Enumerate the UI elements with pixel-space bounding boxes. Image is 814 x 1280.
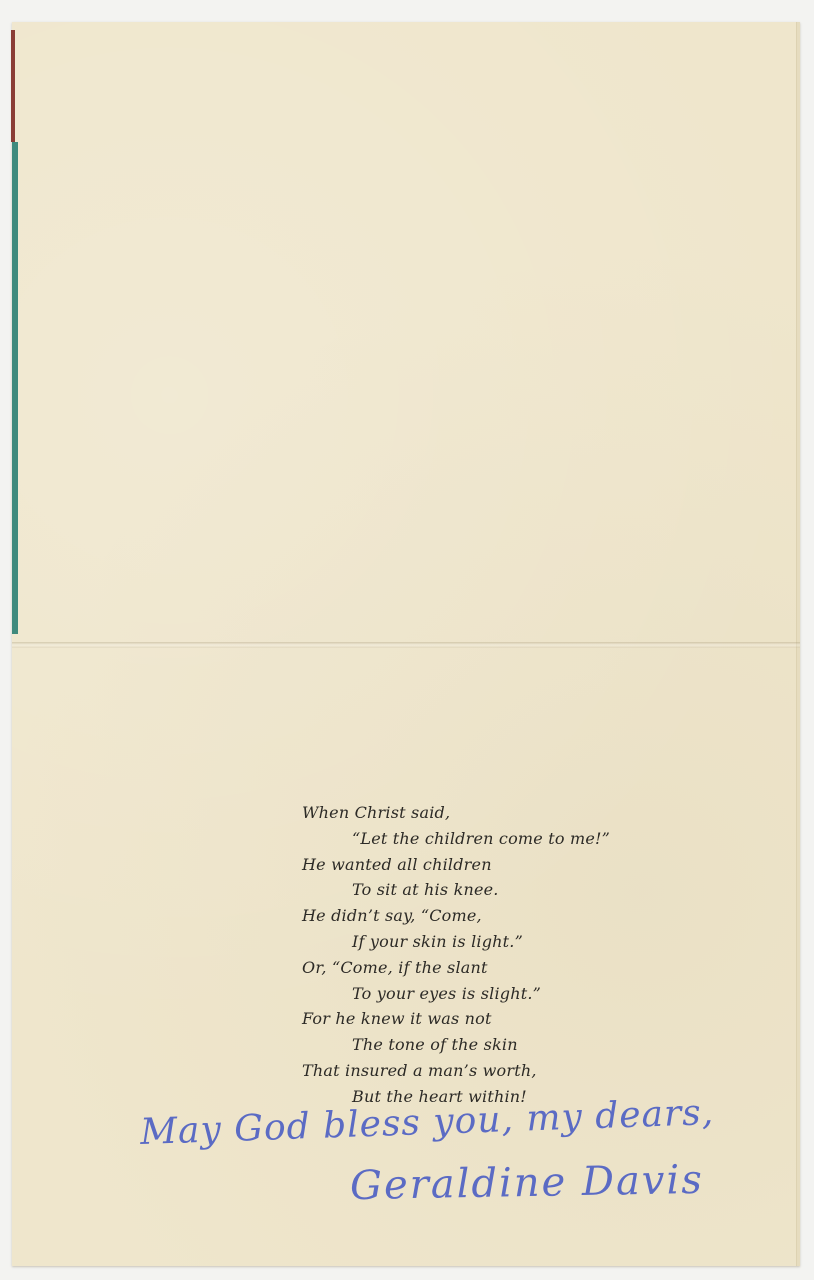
poem-line: Or, “Come, if the slant bbox=[302, 955, 610, 981]
poem: When Christ said, “Let the children come… bbox=[302, 800, 610, 1110]
greeting-card: When Christ said, “Let the children come… bbox=[12, 22, 800, 1266]
poem-line: “Let the children come to me!” bbox=[302, 826, 610, 852]
poem-line: To sit at his knee. bbox=[302, 877, 610, 903]
cover-edge-red-strip bbox=[11, 30, 15, 142]
poem-line: For he knew it was not bbox=[302, 1006, 610, 1032]
poem-line: He didn’t say, “Come, bbox=[302, 903, 610, 929]
poem-line: The tone of the skin bbox=[302, 1032, 610, 1058]
poem-line: That insured a man’s worth, bbox=[302, 1058, 610, 1084]
handwritten-signature: Geraldine Davis bbox=[350, 1157, 705, 1209]
poem-line: If your skin is light.” bbox=[302, 929, 610, 955]
card-fold-line bbox=[12, 642, 800, 648]
poem-line: He wanted all children bbox=[302, 852, 610, 878]
poem-line: To your eyes is slight.” bbox=[302, 981, 610, 1007]
scanned-page: When Christ said, “Let the children come… bbox=[0, 0, 814, 1280]
poem-line: When Christ said, bbox=[302, 800, 610, 826]
cover-edge-teal-strip bbox=[12, 142, 18, 634]
